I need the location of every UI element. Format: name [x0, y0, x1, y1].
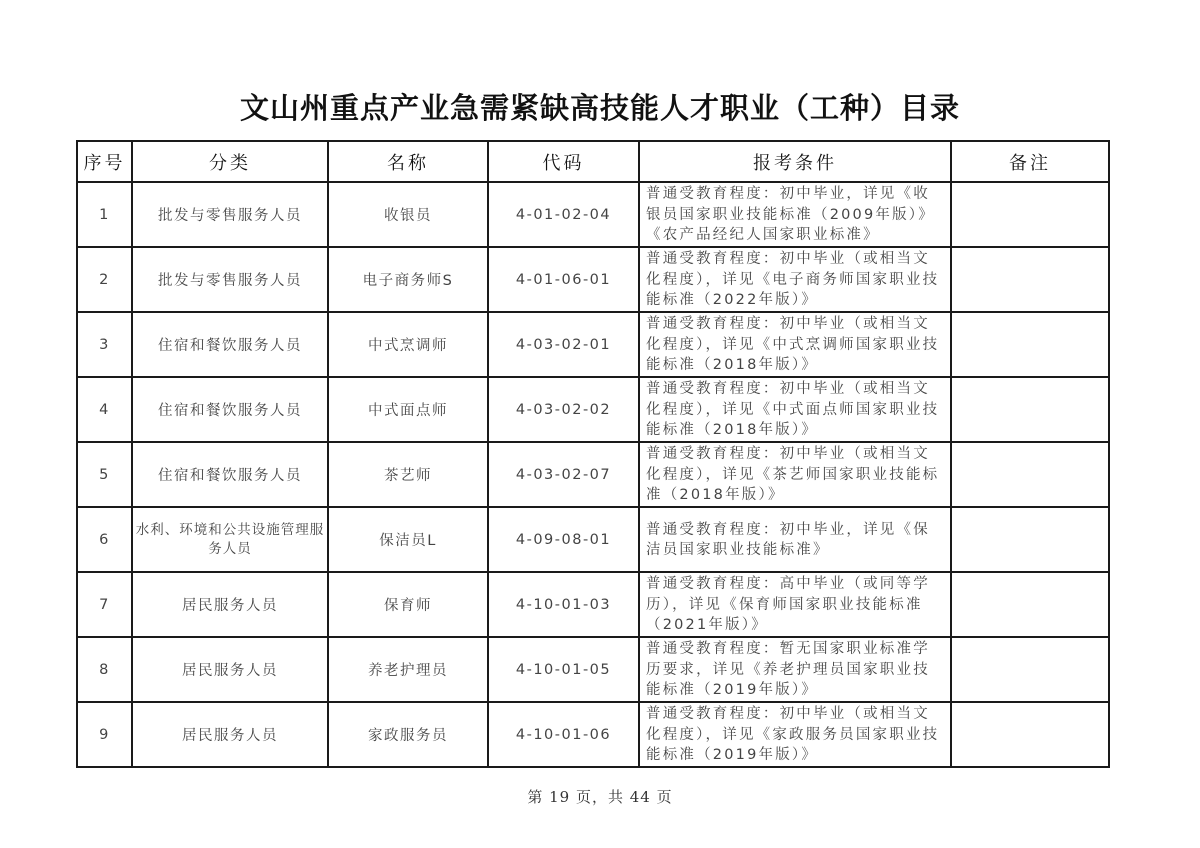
table-row: 6 水利、环境和公共设施管理服务人员 保洁员L 4-09-08-01 普通受教育…	[77, 507, 1109, 572]
page-number: 第 19 页，共 44 页	[0, 786, 1200, 807]
header-serial-no: 序号	[77, 141, 132, 182]
cell-serial-no: 5	[77, 442, 132, 507]
cell-serial-no: 7	[77, 572, 132, 637]
cell-serial-no: 4	[77, 377, 132, 442]
cell-conditions: 普通受教育程度：初中毕业（或相当文化程度），详见《茶艺师国家职业技能标准（201…	[639, 442, 951, 507]
cell-remark	[951, 572, 1109, 637]
cell-remark	[951, 247, 1109, 312]
cell-name: 收银员	[328, 182, 488, 247]
cell-code: 4-01-06-01	[488, 247, 639, 312]
header-conditions: 报考条件	[639, 141, 951, 182]
cell-remark	[951, 637, 1109, 702]
cell-name: 中式面点师	[328, 377, 488, 442]
cell-code: 4-10-01-03	[488, 572, 639, 637]
cell-code: 4-03-02-01	[488, 312, 639, 377]
cell-remark	[951, 377, 1109, 442]
cell-category: 住宿和餐饮服务人员	[132, 312, 328, 377]
table-row: 3 住宿和餐饮服务人员 中式烹调师 4-03-02-01 普通受教育程度：初中毕…	[77, 312, 1109, 377]
cell-conditions: 普通受教育程度：初中毕业（或相当文化程度），详见《电子商务师国家职业技能标准（2…	[639, 247, 951, 312]
cell-remark	[951, 507, 1109, 572]
cell-remark	[951, 702, 1109, 767]
cell-code: 4-03-02-02	[488, 377, 639, 442]
cell-serial-no: 1	[77, 182, 132, 247]
cell-conditions: 普通受教育程度：初中毕业（或相当文化程度），详见《中式烹调师国家职业技能标准（2…	[639, 312, 951, 377]
header-code: 代码	[488, 141, 639, 182]
cell-name: 中式烹调师	[328, 312, 488, 377]
cell-name: 电子商务师S	[328, 247, 488, 312]
cell-category: 批发与零售服务人员	[132, 247, 328, 312]
cell-conditions: 普通受教育程度：初中毕业（或相当文化程度），详见《中式面点师国家职业技能标准（2…	[639, 377, 951, 442]
cell-category: 住宿和餐饮服务人员	[132, 442, 328, 507]
table-row: 9 居民服务人员 家政服务员 4-10-01-06 普通受教育程度：初中毕业（或…	[77, 702, 1109, 767]
cell-name: 茶艺师	[328, 442, 488, 507]
cell-category: 住宿和餐饮服务人员	[132, 377, 328, 442]
table-row: 2 批发与零售服务人员 电子商务师S 4-01-06-01 普通受教育程度：初中…	[77, 247, 1109, 312]
cell-serial-no: 2	[77, 247, 132, 312]
table-header-row: 序号 分类 名称 代码 报考条件 备注	[77, 141, 1109, 182]
cell-code: 4-09-08-01	[488, 507, 639, 572]
cell-remark	[951, 182, 1109, 247]
cell-conditions: 普通受教育程度：暂无国家职业标准学历要求，详见《养老护理员国家职业技能标准（20…	[639, 637, 951, 702]
table-row: 8 居民服务人员 养老护理员 4-10-01-05 普通受教育程度：暂无国家职业…	[77, 637, 1109, 702]
cell-serial-no: 3	[77, 312, 132, 377]
cell-name: 保洁员L	[328, 507, 488, 572]
cell-code: 4-01-02-04	[488, 182, 639, 247]
header-category: 分类	[132, 141, 328, 182]
cell-name: 家政服务员	[328, 702, 488, 767]
cell-conditions: 普通受教育程度：初中毕业（或相当文化程度），详见《家政服务员国家职业技能标准（2…	[639, 702, 951, 767]
cell-category: 水利、环境和公共设施管理服务人员	[132, 507, 328, 572]
cell-remark	[951, 312, 1109, 377]
cell-code: 4-10-01-05	[488, 637, 639, 702]
header-name: 名称	[328, 141, 488, 182]
cell-serial-no: 9	[77, 702, 132, 767]
header-remark: 备注	[951, 141, 1109, 182]
cell-category: 居民服务人员	[132, 702, 328, 767]
document-title: 文山州重点产业急需紧缺高技能人才职业（工种）目录	[0, 86, 1200, 127]
cell-conditions: 普通受教育程度：初中毕业，详见《收银员国家职业技能标准（2009年版）》《农产品…	[639, 182, 951, 247]
table-row: 4 住宿和餐饮服务人员 中式面点师 4-03-02-02 普通受教育程度：初中毕…	[77, 377, 1109, 442]
cell-category: 居民服务人员	[132, 572, 328, 637]
cell-remark	[951, 442, 1109, 507]
cell-name: 保育师	[328, 572, 488, 637]
cell-category: 批发与零售服务人员	[132, 182, 328, 247]
cell-code: 4-10-01-06	[488, 702, 639, 767]
cell-conditions: 普通受教育程度：高中毕业（或同等学历），详见《保育师国家职业技能标准（2021年…	[639, 572, 951, 637]
cell-category: 居民服务人员	[132, 637, 328, 702]
table-row: 1 批发与零售服务人员 收银员 4-01-02-04 普通受教育程度：初中毕业，…	[77, 182, 1109, 247]
cell-serial-no: 8	[77, 637, 132, 702]
cell-serial-no: 6	[77, 507, 132, 572]
table-row: 5 住宿和餐饮服务人员 茶艺师 4-03-02-07 普通受教育程度：初中毕业（…	[77, 442, 1109, 507]
cell-name: 养老护理员	[328, 637, 488, 702]
table-row: 7 居民服务人员 保育师 4-10-01-03 普通受教育程度：高中毕业（或同等…	[77, 572, 1109, 637]
cell-conditions: 普通受教育程度：初中毕业，详见《保洁员国家职业技能标准》	[639, 507, 951, 572]
occupation-catalog-table: 序号 分类 名称 代码 报考条件 备注 1 批发与零售服务人员 收银员 4-01…	[76, 140, 1110, 768]
cell-code: 4-03-02-07	[488, 442, 639, 507]
